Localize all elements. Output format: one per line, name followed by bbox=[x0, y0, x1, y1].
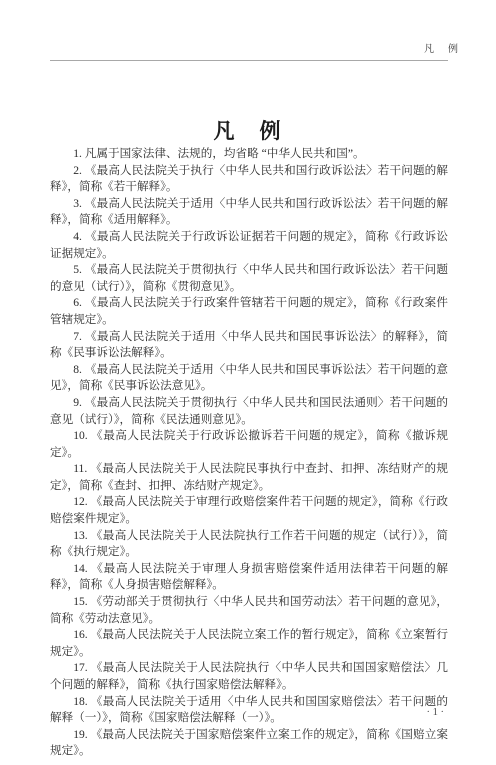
fanli-list: 1. 凡属于国家法律、法规的，均省略 “中华人民共和国”。 2. 《最高人民法院… bbox=[50, 146, 448, 760]
fanli-item-4: 4. 《最高人民法院关于行政诉讼证据若干问题的规定》，简称《行政诉讼证据规定》。 bbox=[50, 229, 448, 262]
fanli-item-14: 14. 《最高人民法院关于审理人身损害赔偿案件适用法律若干问题的解释》，简称《人… bbox=[50, 561, 448, 594]
page-number: · 1 · bbox=[427, 707, 445, 718]
fanli-item-11: 11. 《最高人民法院关于人民法院民事执行中查封、扣押、冻结财产的规定》，简称《… bbox=[50, 461, 448, 494]
fanli-item-10: 10. 《最高人民法院关于行政诉讼撤诉若干问题的规定》，简称《撤诉规定》。 bbox=[50, 428, 448, 461]
fanli-item-9: 9. 《最高人民法院关于贯彻执行〈中华人民共和国民法通则〉若干问题的意见（试行）… bbox=[50, 395, 448, 428]
fanli-item-7: 7. 《最高人民法院关于适用〈中华人民共和国民事诉讼法〉的解释》，简称《民事诉讼… bbox=[50, 329, 448, 362]
book-page: { "colors": { "ink": "#2b2b2b", "rule": … bbox=[0, 0, 496, 765]
fanli-item-18: 18. 《最高人民法院关于适用〈中华人民共和国国家赔偿法〉若干问题的解释（一）》… bbox=[50, 694, 448, 727]
fanli-item-1: 1. 凡属于国家法律、法规的，均省略 “中华人民共和国”。 bbox=[50, 146, 448, 163]
fanli-item-6: 6. 《最高人民法院关于行政案件管辖若干问题的规定》，简称《行政案件管辖规定》。 bbox=[50, 295, 448, 328]
page-title: 凡 例 bbox=[0, 115, 496, 145]
fanli-item-12: 12. 《最高人民法院关于审理行政赔偿案件若干问题的规定》，简称《行政赔偿案件规… bbox=[50, 494, 448, 527]
fanli-item-16: 16. 《最高人民法院关于人民法院立案工作的暂行规定》，简称《立案暂行规定》。 bbox=[50, 627, 448, 660]
fanli-item-3: 3. 《最高人民法院关于适用〈中华人民共和国行政诉讼法〉若干问题的解释》，简称《… bbox=[50, 196, 448, 229]
fanli-item-5: 5. 《最高人民法院关于贯彻执行〈中华人民共和国行政诉讼法〉若干问题的意见（试行… bbox=[50, 262, 448, 295]
header-rule-divider bbox=[50, 60, 448, 61]
fanli-item-19: 19. 《最高人民法院关于国家赔偿案件立案工作的规定》，简称《国赔立案规定》。 bbox=[50, 727, 448, 760]
running-header: 凡 例 bbox=[424, 40, 460, 55]
fanli-item-13: 13. 《最高人民法院关于人民法院执行工作若干问题的规定（试行）》，简称《执行规… bbox=[50, 528, 448, 561]
fanli-item-15: 15. 《劳动部关于贯彻执行〈中华人民共和国劳动法〉若干问题的意见》，简称《劳动… bbox=[50, 594, 448, 627]
fanli-item-2: 2. 《最高人民法院关于执行〈中华人民共和国行政诉讼法〉若干问题的解释》，简称《… bbox=[50, 163, 448, 196]
fanli-item-8: 8. 《最高人民法院关于适用〈中华人民共和国民事诉讼法〉若干问题的意见》，简称《… bbox=[50, 362, 448, 395]
fanli-item-17: 17. 《最高人民法院关于人民法院执行〈中华人民共和国国家赔偿法〉几个问题的解释… bbox=[50, 660, 448, 693]
